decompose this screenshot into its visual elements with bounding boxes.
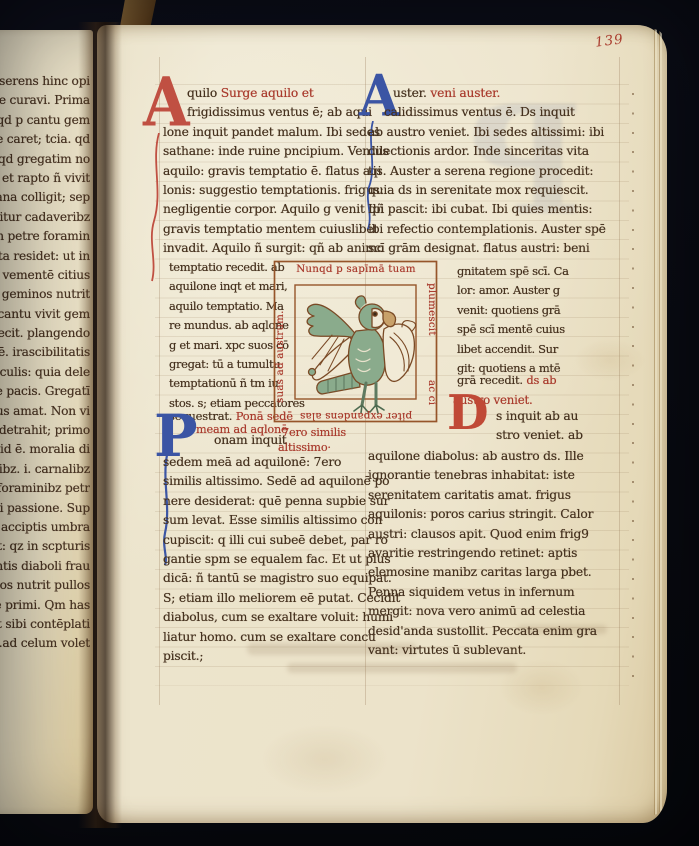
right-column-opening-line: uster. veni auster.: [393, 84, 500, 103]
right-column-line-after-initial: s inquit ab au: [496, 407, 578, 426]
text-line: geminos nutrit pullos:: [0, 576, 90, 595]
right-column-narrow-text: gnitatem spē scī. Calor: amor. Auster gv…: [457, 262, 569, 378]
text-line: quas inserens hinc opi.: [0, 72, 90, 91]
left-column-lower-text: sedem meā ad aquilonē: 7erosimilis altis…: [163, 453, 400, 666]
text-line: similis altissimo. Sedē ad aquilonē po: [163, 472, 400, 491]
text-line: sathane: inde ruine pncipium. Ventus: [163, 142, 389, 161]
hawk-icon: [272, 259, 440, 425]
text-line: tat in foraminibz petr;: [0, 479, 90, 498]
text-line: e ē. qd p cantu gem: [0, 111, 90, 130]
text-line: bra. vementē citius: [0, 266, 90, 285]
text-line: sedem meā ad aquilonē: 7ero: [163, 453, 400, 472]
text-line: meliora. id ē. moralia di: [0, 440, 90, 459]
text-line: tudine pacis. Gregatī: [0, 382, 90, 401]
text-line: ibi refectio contemplationis. Auster spē: [368, 220, 606, 239]
text-line: Penna siquidem vetus in infernum: [368, 583, 597, 602]
text-line: t in xpi passione. Sup: [0, 499, 90, 518]
text-line: dilectionis ardor. Inde sinceritas vita: [368, 142, 606, 161]
text-line: ignorantie tenebras inhabitat: iste: [368, 466, 597, 485]
text-line: devitet: qz in scpturis: [0, 537, 90, 556]
page-edge-stack: [652, 29, 664, 815]
text-line: fluenta residet: ut in: [0, 247, 90, 266]
text-line: ba, p cantu vivit gem: [0, 305, 90, 324]
rubric-surge-aquilo: Surge aquilo et: [221, 86, 314, 100]
catch-black: sequestrat.: [169, 409, 232, 423]
text-line: elemosine manibz caritas larga pbet.: [368, 563, 597, 582]
text-line: quia ds in serenitate mox requiescit.: [368, 181, 606, 200]
left-column-line-after-initial: onam inquit: [214, 431, 287, 450]
text-line: invadit. Aquilo ñ surgit: qñ ab animo: [163, 239, 389, 258]
text-line: lementis diaboli frau: [0, 557, 90, 576]
rubric-veni-auster: veni auster.: [430, 86, 500, 100]
rubric-austro-veniet: austro veniet.: [453, 393, 533, 407]
text-line: aquilo: gravis temptatio ē. flatus aqi: [163, 162, 389, 181]
text-line: tis. Auster a serena regione procedit:: [368, 162, 606, 181]
text-line: austri: clausos apit. Quod enim frig9: [368, 525, 597, 544]
text-line: ens fecit. plangendo: [0, 324, 90, 343]
text-line: ssimat sibi contēplati: [0, 615, 90, 634]
manuscript-page: P 139 A quilo Surge aquilo et frigidissi…: [97, 25, 667, 823]
text-line: venit: quotiens grā: [457, 301, 569, 320]
miniature-caption-right: plumescit ac ci: [426, 283, 438, 405]
text-line: lonis: suggestio temptationis. frigus:: [163, 181, 389, 200]
text-line: a. grana colligit; sep: [0, 188, 90, 207]
text-line: amore primi. Qm has: [0, 596, 90, 615]
ruling-vertical: [159, 57, 160, 705]
text-line: diabolus, cum se exaltare voluit: humi: [163, 608, 400, 627]
text-line: desid'anda sustollit. Peccata enim gra: [368, 622, 597, 641]
folio-number: 139: [594, 31, 625, 50]
text-line: lor: amor. Auster g: [457, 281, 569, 300]
text-line: serenitatem caritatis amat. frigus: [368, 486, 597, 505]
manuscript-photo: quas inserens hinc opi.tare curavi. Prim…: [0, 0, 699, 846]
text-line: scī grām designat. flatus austri: beni: [368, 239, 606, 258]
text-line: mergit: nova vero animū ad celestia: [368, 602, 597, 621]
text-line: gravis temptatio mentem cuiuslibet: [163, 220, 389, 239]
left-column-upper-text: frigidissimus ventus ē; ab aquilone inqu…: [163, 103, 389, 258]
text-line: escitur cadaveribz;: [0, 208, 90, 227]
text-line: calidissimus ventus ē. Ds inquit: [368, 103, 606, 122]
right-column-lower-text: aquilone diabolus: ab austro ds. Illeign…: [368, 447, 597, 660]
text-line: gantie spm se equalem fac. Et ut plus: [163, 550, 400, 569]
text-line: dicā: ñ tantū se magistro suo equipat.: [163, 569, 400, 588]
text-line: libet accendit. Sur: [457, 340, 569, 359]
facing-page-text: quas inserens hinc opi.tare curavi. Prim…: [0, 72, 90, 654]
catch-black: grā recedit.: [457, 373, 523, 387]
text-line: quarta qd gregatim no: [0, 150, 90, 169]
text-line: lone inquit pandet malum. Ibi sedes: [163, 123, 389, 142]
text-line: aquilonis: poros carius stringit. Calor: [368, 505, 597, 524]
text-line: tare curavi. Prima: [0, 91, 90, 110]
text-line: vant: virtutes ū sublevant.: [368, 641, 597, 660]
right-column-upper-text: calidissimus ventus ē. Ds inquitab austr…: [368, 103, 606, 258]
text-line: ut visa acciptis umbra.: [0, 518, 90, 537]
pricking-holes: [632, 93, 634, 677]
text-line: ficat in petre foramin: [0, 227, 90, 246]
text-line: Ibi pascit: ibi cubat. Ibi quies mentis:: [368, 200, 606, 219]
text-line: ad celum volet.: [0, 634, 90, 653]
text-line: ventus amat. Non vi: [0, 402, 90, 421]
facing-page-fragment: quas inserens hinc opi.tare curavi. Prim…: [0, 30, 93, 814]
text-line: piscit.;: [163, 647, 400, 666]
ruling-vertical: [619, 57, 620, 705]
text-line: a. qd geminos nutrit: [0, 285, 90, 304]
text-line: aquilone diabolus: ab austro ds. Ille: [368, 447, 597, 466]
miniature-caption-bottom: piter expandens alas: [272, 410, 440, 422]
text-line: cad aliibz. i. carnalibz: [0, 460, 90, 479]
text-line: od et rapto ñ vivit;: [0, 169, 90, 188]
text-line: va ñ detrahit; primo.: [0, 421, 90, 440]
text-line: spē scī mentē cuius: [457, 320, 569, 339]
text-line: avaritie restringendo retinet: aptis: [368, 544, 597, 563]
text-line: frigidissimus ventus ē; ab aqui: [163, 103, 389, 122]
miniature-caption-top: Nunqd p sapīmā tuam: [272, 263, 440, 275]
opening-word: quilo: [187, 86, 217, 100]
text-line: negligentie corpor. Aquilo g venit qñ: [163, 200, 389, 219]
text-line: liatur homo. cum se exaltare concu: [163, 628, 400, 647]
text-line: elle: id ē. irascibilitatis: [0, 343, 90, 362]
text-line: stat oculis: quia dele: [0, 363, 90, 382]
text-line: S; etiam illo meliorem eē putat. Cecidit: [163, 589, 400, 608]
text-line: ab austro veniet. Ibi sedes altissimi: i…: [368, 123, 606, 142]
text-line: nere desiderat: quē penna supbie sur: [163, 492, 400, 511]
opening-word: uster.: [393, 86, 427, 100]
rubric-ds-ab: ds ab: [526, 373, 556, 387]
right-column-catchline: grā recedit. ds ab: [457, 371, 556, 390]
left-column-opening-line: quilo Surge aquilo et: [187, 84, 314, 103]
rubric-line: 7ero similis: [282, 426, 346, 440]
text-line: sum levat. Esse similis altissimo con: [163, 511, 400, 530]
miniature-caption-left: suas ad austrum.: [274, 279, 286, 403]
right-column-line-after-initial: stro veniet. ab: [496, 426, 583, 445]
caption-word: ac ci: [426, 380, 438, 405]
hawk-miniature: Nunqd p sapīmā tuam plumescit ac ci pite…: [272, 259, 440, 425]
caption-word: plumescit: [426, 283, 438, 336]
text-line: cupiscit: q illi cui subeē debet, par ro: [163, 531, 400, 550]
text-line: gnitatem spē scī. Ca: [457, 262, 569, 281]
text-line: qd felle caret; tcia. qd: [0, 130, 90, 149]
